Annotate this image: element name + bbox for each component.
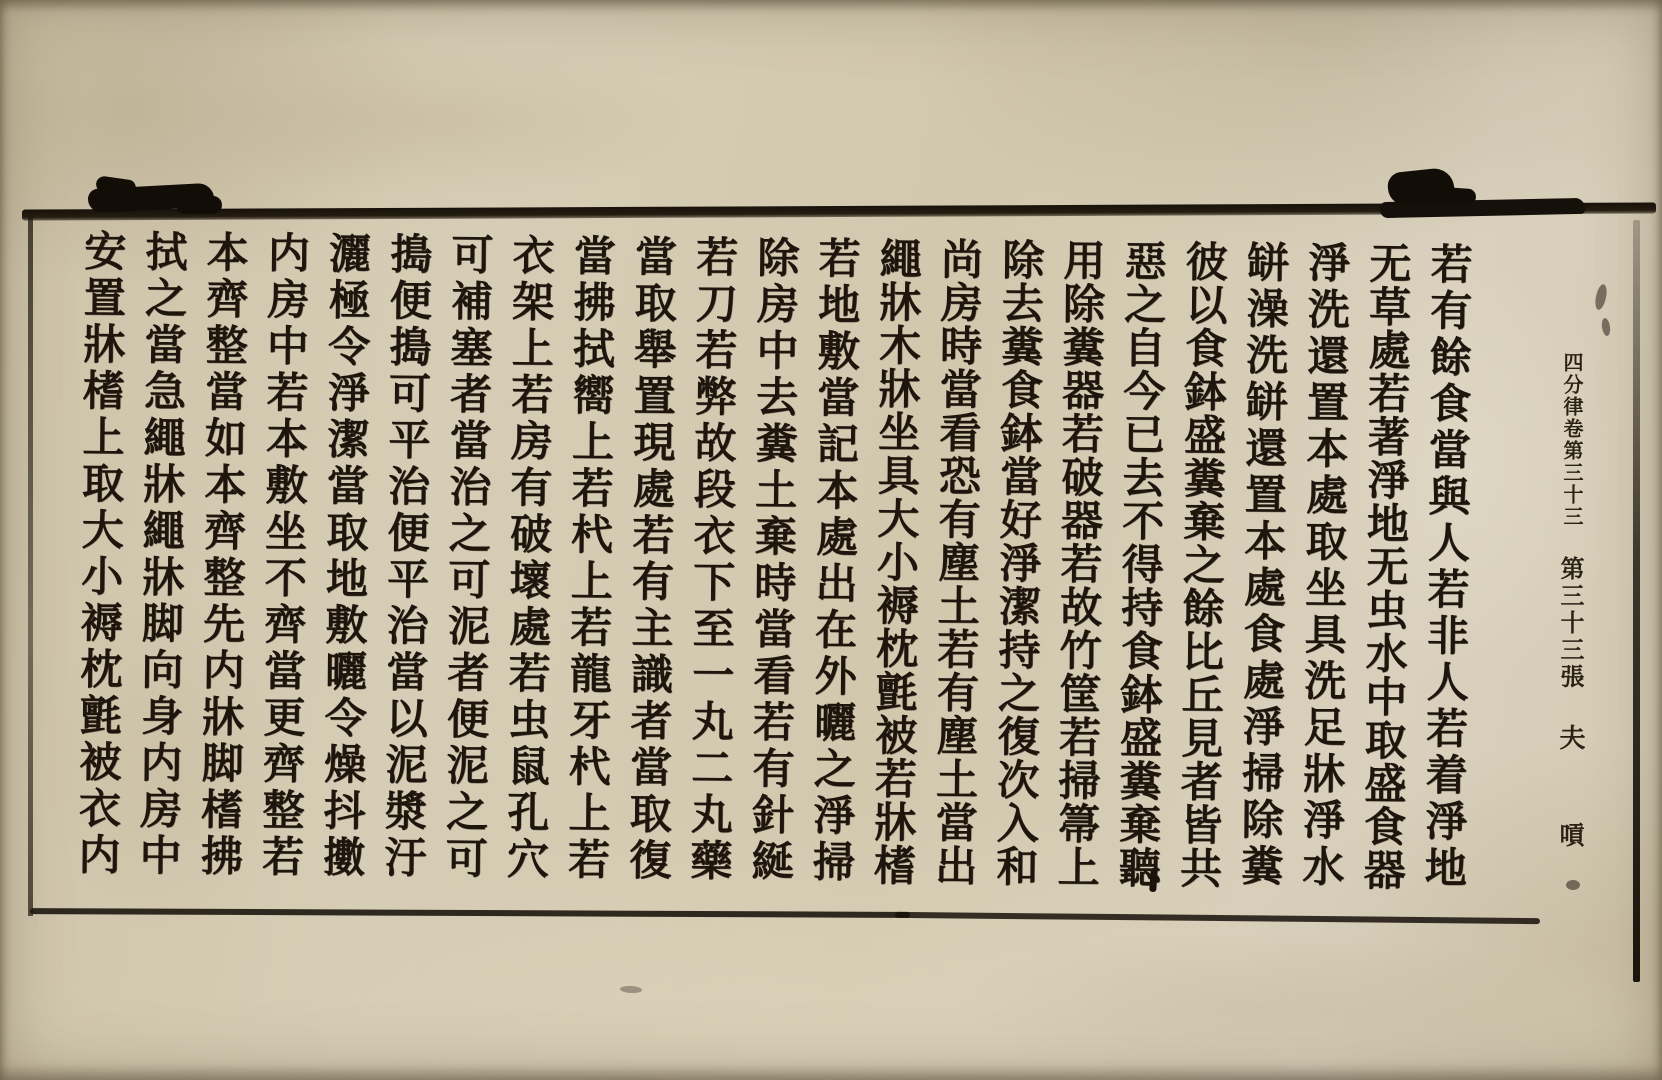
text-column-4: 缾澡洗缾還置本處食處淨掃除糞 [1230, 240, 1294, 891]
volume-title: 四分律卷第三十三 [1552, 352, 1592, 528]
text-column-23: 安置牀榰上取大小褥枕氈被衣内 [67, 229, 131, 880]
text-columns: 若有餘食當與人若非人若着淨地无草處若著淨地无虫水中取盛食器淨洗還置本處取坐具洗足… [0, 0, 1662, 1080]
text-column-7: 用除糞器若破器若故竹筐若掃箒上 [1046, 238, 1110, 889]
text-column-15: 當拂拭嚮上若杙上若龍牙杙上若 [557, 233, 621, 884]
text-column-22: 拭之當急繩牀繩牀脚向身内房中 [128, 229, 192, 880]
text-column-11: 若地敷當記本處出在外曬之淨掃 [802, 236, 866, 887]
text-column-20: 内房中若本敷坐不齊當更齊整若 [251, 230, 315, 881]
text-column-18: 搗便搗可平治便平治當以泥漿汙 [373, 232, 437, 883]
text-column-9: 尚房時當看恐有塵土若有塵土當出 [924, 237, 988, 888]
text-column-1: 若有餘食當與人若非人若着淨地 [1414, 242, 1478, 893]
manuscript-page: 若有餘食當與人若非人若着淨地无草處若著淨地无虫水中取盛食器淨洗還置本處取坐具洗足… [0, 0, 1662, 1080]
case-mark: 夫 [1548, 724, 1592, 750]
text-column-5: 彼以食鉢盛糞棄之餘比丘見者皆共 [1169, 239, 1233, 890]
text-column-12: 除房中去糞土棄時當看若有針綖 [740, 235, 804, 886]
text-column-19: 灑極令淨潔當取地敷曬令燥抖擻 [312, 231, 376, 882]
text-column-21: 本齊整當如本齊整先内牀脚榰拂 [190, 230, 254, 881]
text-column-8: 除去糞食鉢當好淨潔持之復次入和 [985, 238, 1049, 889]
sheet-number: 第三十三張 [1548, 556, 1592, 691]
text-column-10: 繩牀木牀坐具大小褥枕氈被若牀榰 [863, 236, 927, 887]
collation-mark: 嗊 [1548, 822, 1592, 847]
text-column-14: 當取舉置現處若有主識者當取復 [618, 234, 682, 885]
text-column-2: 无草處若著淨地无虫水中取盛食器 [1352, 241, 1416, 892]
text-column-3: 淨洗還置本處取坐具洗足牀淨水 [1291, 240, 1355, 891]
text-column-16: 衣架上若房有破壞處若虫鼠孔穴 [496, 233, 560, 884]
text-column-6: 惡之自今已去不得持食鉢盛糞棄聽 [1108, 239, 1172, 890]
text-column-17: 可補塞者當治之可泥者便泥之可 [434, 232, 498, 883]
text-column-13: 若刀若弊故段衣下至一丸二丸藥 [679, 235, 743, 886]
